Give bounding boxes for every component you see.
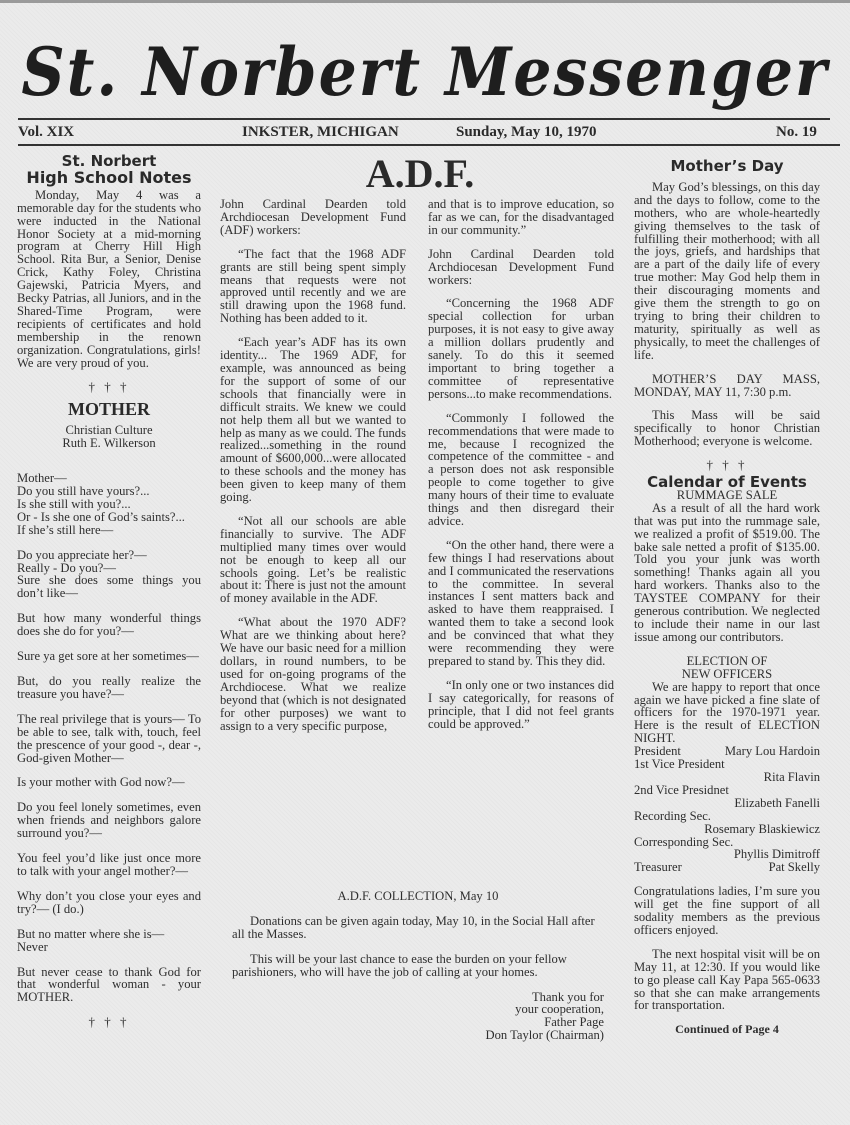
officer-name: Elizabeth Fanelli	[634, 797, 820, 810]
adf-paragraph: “Each year’s ADF has its own identity...…	[220, 336, 406, 504]
mothers-day-title: Mother’s Day	[634, 160, 820, 173]
election-title-1: ELECTION OF	[634, 655, 820, 668]
officer-name: Pat Skelly	[769, 861, 820, 874]
adf-paragraph: “What about the 1970 ADF? What are we th…	[220, 616, 406, 732]
volume-label: Vol. XIX	[18, 124, 74, 141]
officer-name: Mary Lou Hardoin	[725, 745, 820, 758]
rummage-body: As a result of all the hard work that wa…	[634, 502, 820, 644]
hs-notes-kicker: St. Norbert	[17, 155, 201, 168]
mother-poem: Mother—Do you still have yours?...Is she…	[17, 472, 201, 1004]
adf-paragraph: “On the other hand, there were a few thi…	[428, 539, 614, 668]
date-label: Sunday, May 10, 1970	[456, 124, 596, 141]
adf-paragraph: John Cardinal Dearden told Archdiocesan …	[428, 248, 614, 287]
mother-poem-author: Ruth E. Wilkerson	[17, 437, 201, 450]
hospital-visit-text: The next hospital visit will be on May 1…	[634, 948, 820, 1013]
officer-role: Recording Sec.	[634, 810, 820, 823]
column-1: St. Norbert High School Notes Monday, Ma…	[17, 155, 201, 1029]
poem-stanza: But no matter where she is—Never	[17, 928, 201, 954]
collection-sign-4: Don Taylor (Chairman)	[232, 1029, 604, 1042]
poem-stanza: The real privilege that is yours— To be …	[17, 713, 201, 765]
officer-name: Rita Flavin	[634, 771, 820, 784]
masthead-title: St. Norbert Messenger	[0, 35, 850, 112]
poem-stanza: Do you appreciate her?—Really - Do you?—…	[17, 549, 201, 601]
adf-column-1: John Cardinal Dearden told Archdiocesan …	[220, 198, 406, 743]
adf-paragraph: “Concerning the 1968 ADF special collect…	[428, 297, 614, 400]
adf-collection-notice: A.D.F. COLLECTION, May 10 Donations can …	[232, 890, 604, 1042]
officer-name: Rosemary Blaskiewicz	[634, 823, 820, 836]
adf-paragraph: “Commonly I followed the recommendations…	[428, 412, 614, 528]
poem-stanza: But how many wonderful things does she d…	[17, 612, 201, 638]
cross-divider: † † †	[17, 381, 201, 394]
adf-paragraph: “The fact that the 1968 ADF grants are s…	[220, 248, 406, 325]
collection-title: A.D.F. COLLECTION, May 10	[232, 890, 604, 903]
poem-stanza: You feel you’d like just once more to ta…	[17, 852, 201, 878]
newspaper-page: St. Norbert Messenger Vol. XIX INKSTER, …	[0, 0, 850, 1125]
adf-paragraph: and that is to improve education, so far…	[428, 198, 614, 237]
collection-para-1: Donations can be given again today, May …	[232, 915, 604, 941]
mothers-day-mass-body: This Mass will be said specifically to h…	[634, 409, 820, 448]
calendar-title: Calendar of Events	[634, 476, 820, 489]
adf-headline: A.D.F.	[300, 150, 540, 197]
collection-para-2: This will be your last chance to ease th…	[232, 953, 604, 979]
officer-row: 2nd Vice PresidnetElizabeth Fanelli	[634, 784, 820, 810]
election-body: We are happy to report that once again w…	[634, 681, 820, 746]
continued-note: Continued of Page 4	[634, 1023, 820, 1036]
adf-column-2: and that is to improve education, so far…	[428, 198, 614, 742]
location-label: INKSTER, MICHIGAN	[242, 124, 399, 141]
poem-stanza: Sure ya get sore at her sometimes—	[17, 650, 201, 663]
officer-row: Recording Sec.Rosemary Blaskiewicz	[634, 810, 820, 836]
adf-paragraph: John Cardinal Dearden told Archdiocesan …	[220, 198, 406, 237]
poem-stanza: Is your mother with God now?—	[17, 776, 201, 789]
poem-stanza: Mother—Do you still have yours?...Is she…	[17, 472, 201, 537]
poem-stanza: But never cease to thank God for that wo…	[17, 966, 201, 1005]
hs-notes-body: Monday, May 4 was a memorable day for th…	[17, 189, 201, 370]
officer-row: TreasurerPat Skelly	[634, 861, 820, 874]
mothers-day-body: May God’s blessings, on this day and the…	[634, 181, 820, 362]
adf-paragraph: “Not all our schools are able financiall…	[220, 515, 406, 605]
hs-notes-title: High School Notes	[17, 172, 201, 185]
cross-divider-bottom: † † †	[17, 1016, 201, 1029]
officer-role: Treasurer	[634, 861, 682, 874]
officer-row: Corresponding Sec.Phyllis Dimitroff	[634, 836, 820, 862]
column-4: Mother’s Day May God’s blessings, on thi…	[634, 160, 820, 1036]
adf-paragraph: “In only one or two instances did I say …	[428, 679, 614, 731]
scan-edge	[0, 0, 850, 3]
mothers-day-mass-title: MOTHER’S DAY MASS, MONDAY, MAY 11, 7:30 …	[634, 373, 820, 399]
officer-row: 1st Vice PresidentRita Flavin	[634, 758, 820, 784]
masthead-rule-top	[18, 118, 830, 120]
poem-stanza: But, do you really realize the treasure …	[17, 675, 201, 701]
masthead-rule-bottom	[18, 144, 840, 146]
officer-list: PresidentMary Lou Hardoin1st Vice Presid…	[634, 745, 820, 874]
election-title-2: NEW OFFICERS	[634, 668, 820, 681]
officer-role: 2nd Vice Presidnet	[634, 784, 820, 797]
poem-stanza: Why don’t you close your eyes and try?— …	[17, 890, 201, 916]
mother-poem-title: MOTHER	[17, 403, 201, 416]
congrats-text: Congratulations ladies, I’m sure you wil…	[634, 885, 820, 937]
poem-stanza: Do you feel lonely sometimes, even when …	[17, 801, 201, 840]
cross-divider-right: † † †	[634, 459, 820, 472]
issue-number: No. 19	[776, 124, 817, 141]
